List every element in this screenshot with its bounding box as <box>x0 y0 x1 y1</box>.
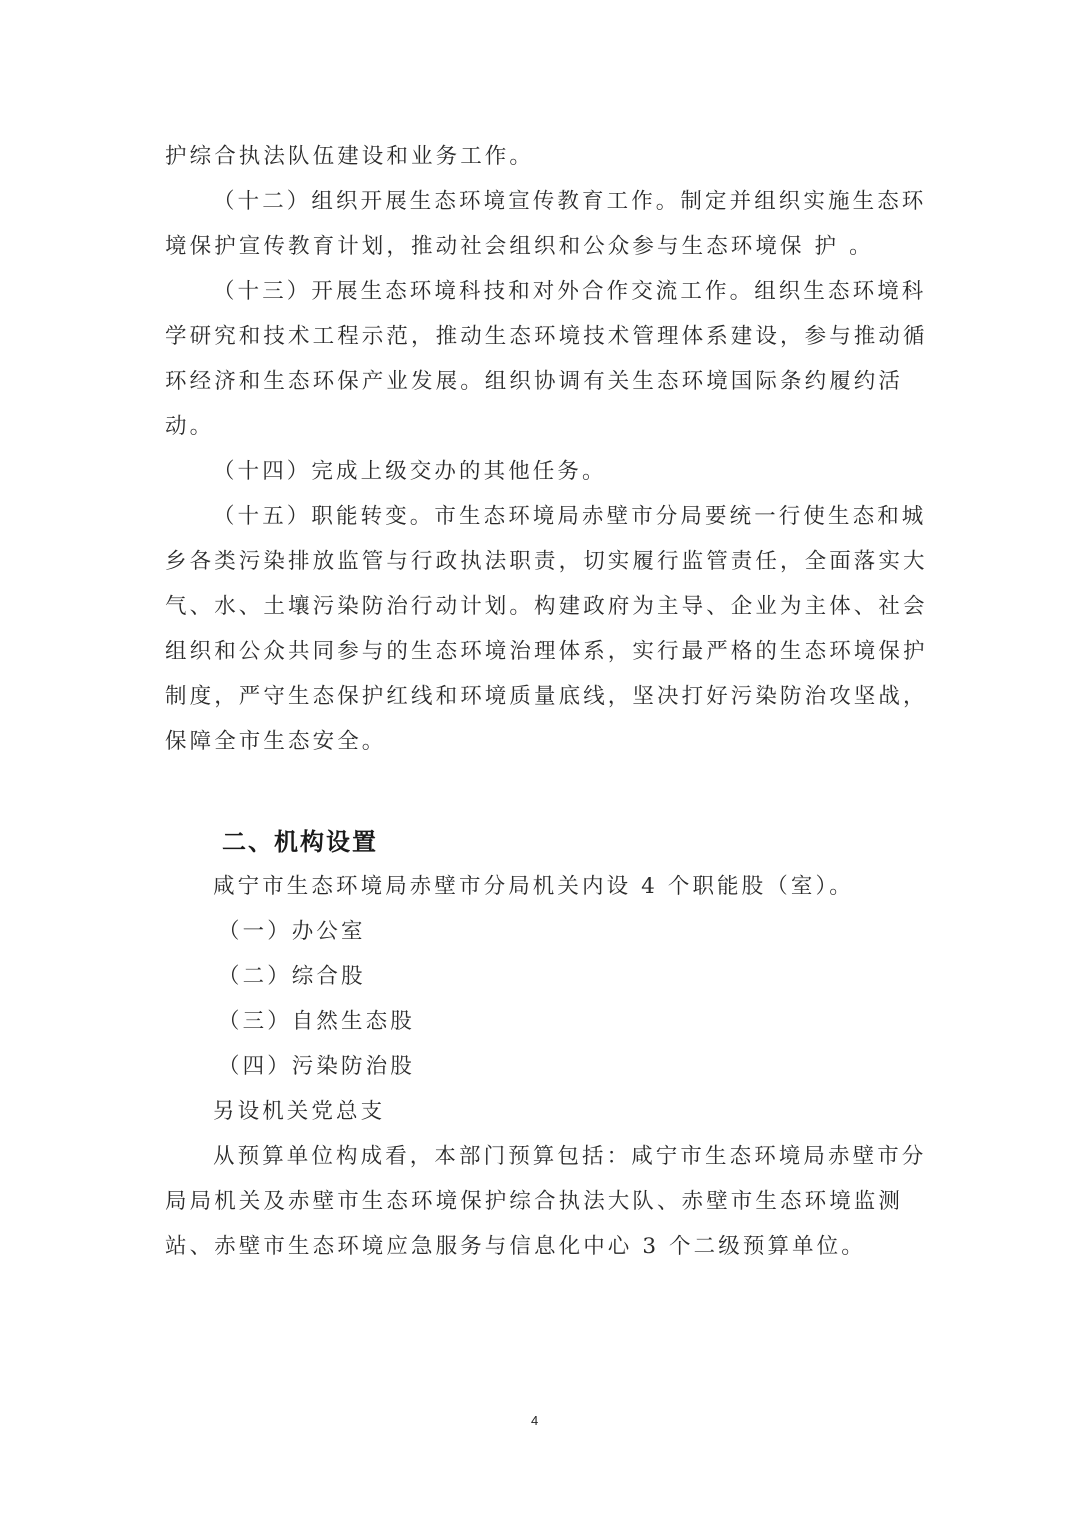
paragraph-line: 从预算单位构成看，本部门预算包括：咸宁市生态环境局赤壁市分 <box>213 1142 963 1172</box>
paragraph-line: 气、水、土壤污染防治行动计划。构建政府为主导、企业为主体、社会 <box>165 592 915 622</box>
paragraph-line: 另设机关党总支 <box>213 1097 963 1127</box>
list-item: （二）综合股 <box>218 962 968 992</box>
paragraph-line: 护综合执法队伍建设和业务工作。 <box>165 142 915 172</box>
paragraph-line: 保障全市生态安全。 <box>165 727 915 757</box>
paragraph-line: 咸宁市生态环境局赤壁市分局机关内设 4 个职能股（室）。 <box>213 872 963 902</box>
paragraph-line: 乡各类污染排放监管与行政执法职责，切实履行监管责任，全面落实大 <box>165 547 915 577</box>
paragraph-line: 学研究和技术工程示范，推动生态环境技术管理体系建设，参与推动循 <box>165 322 915 352</box>
paragraph-line: 组织和公众共同参与的生态环境治理体系，实行最严格的生态环境保护 <box>165 637 915 667</box>
page-number: 4 <box>531 1413 538 1428</box>
paragraph-line: 局局机关及赤壁市生态环境保护综合执法大队、赤壁市生态环境监测 <box>165 1187 915 1217</box>
list-item: （三）自然生态股 <box>218 1007 968 1037</box>
paragraph-line: （十三）开展生态环境科技和对外合作交流工作。组织生态环境科 <box>213 277 963 307</box>
paragraph-line: 站、赤壁市生态环境应急服务与信息化中心 3 个二级预算单位。 <box>165 1232 915 1262</box>
section-heading: 二、机构设置 <box>222 822 378 857</box>
paragraph-line: （十四）完成上级交办的其他任务。 <box>213 457 963 487</box>
paragraph-line: 环经济和生态环保产业发展。组织协调有关生态环境国际条约履约活 <box>165 367 915 397</box>
document-page: 护综合执法队伍建设和业务工作。 （十二）组织开展生态环境宣传教育工作。制定并组织… <box>0 0 1074 1520</box>
paragraph-line: 制度，严守生态保护红线和环境质量底线，坚决打好污染防治攻坚战， <box>165 682 915 712</box>
paragraph-line: （十五）职能转变。市生态环境局赤壁市分局要统一行使生态和城 <box>213 502 963 532</box>
list-item: （一）办公室 <box>218 917 968 947</box>
list-item: （四）污染防治股 <box>218 1052 968 1082</box>
paragraph-line: （十二）组织开展生态环境宣传教育工作。制定并组织实施生态环 <box>213 187 963 217</box>
paragraph-line: 境保护宣传教育计划，推动社会组织和公众参与生态环境保 护 。 <box>165 232 915 262</box>
paragraph-line: 动。 <box>165 412 915 442</box>
